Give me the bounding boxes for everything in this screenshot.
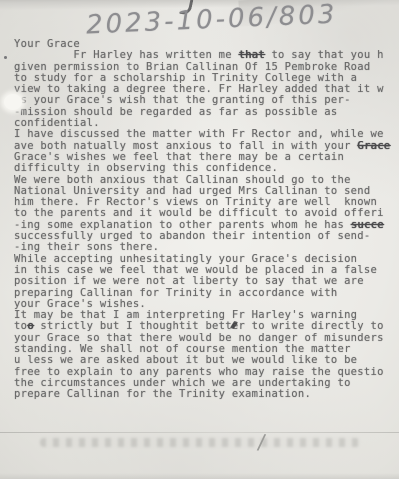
- letter-line: Fr Harley has written me that to say tha…: [14, 50, 399, 61]
- letter-text-segment: strictly but I thoughtit better to write…: [34, 321, 384, 332]
- letter-text-segment: Your Grace: [14, 39, 80, 50]
- letter-line: ave both natually most anxious to fall i…: [14, 141, 399, 152]
- letter-line: I have discussed the matter with Fr Rect…: [14, 129, 399, 140]
- letter-text-segment: National University and had urged Mrs Ca…: [14, 186, 370, 197]
- letter-line: While accepting unhesitatingly your Grac…: [14, 254, 399, 265]
- letter-text-segment: given permission to Brian Callinan Of 15…: [14, 62, 370, 73]
- letter-text-segment: view to taking a degree there. Fr Harley…: [14, 84, 384, 95]
- letter-line: confidential.: [14, 118, 399, 129]
- paper-white-spot: [4, 94, 22, 110]
- letter-text-segment: him there. Fr Rector's views on Trinity …: [14, 197, 377, 208]
- letter-line: Your Grace: [14, 39, 399, 50]
- letter-text-segment: -mission should be regarded as far as po…: [14, 107, 337, 118]
- letter-line: -mission should be regarded as far as po…: [14, 107, 399, 118]
- letter-text-segment: difficulty in observing this confidence.: [14, 163, 278, 174]
- letter-text-segment: the circumstances under which we are und…: [14, 378, 351, 389]
- letter-text-segment: to: [14, 321, 27, 332]
- letter-line: him there. Fr Rector's views on Trinity …: [14, 197, 399, 208]
- letter-text-segment: to say that you h: [265, 50, 384, 61]
- letter-line: to study for a scholarship in Trinity Co…: [14, 73, 399, 84]
- letter-text-segment: -ing their sons there.: [14, 242, 159, 253]
- letter-text-segment: u less we are asked about it but we woul…: [14, 355, 357, 366]
- struck-out-text: Grace: [357, 141, 390, 152]
- letter-text-segment: Grace's wishes we feel that there may be…: [14, 152, 344, 163]
- letter-line: successfully urged to abandon their inte…: [14, 231, 399, 242]
- letter-text-segment: It may be that I am interpreting Fr Harl…: [14, 310, 357, 321]
- letter-text-segment: confidential.: [14, 118, 100, 129]
- letter-line: We were both anxious that Callinan shoul…: [14, 175, 399, 186]
- letter-text-segment: position if we were not at liberty to sa…: [14, 276, 364, 287]
- letter-body: Your Grace Fr Harley has written me that…: [14, 39, 399, 401]
- letter-line: to the parents and it would be difficult…: [14, 208, 399, 219]
- letter-line: prepare Callinan for the Trinity examina…: [14, 389, 399, 400]
- letter-line: It may be that I am interpreting Fr Harl…: [14, 310, 399, 321]
- letter-line: the circumstances under which we are und…: [14, 378, 399, 389]
- letter-line: your Grace so that there would be no dan…: [14, 333, 399, 344]
- letter-text-segment: We were both anxious that Callinan shoul…: [14, 175, 351, 186]
- letter-line: too strictly but I thoughtit better to w…: [14, 321, 399, 332]
- struck-out-text: that: [238, 50, 264, 61]
- letter-line: Grace's wishes we feel that there may be…: [14, 152, 399, 163]
- paper-bottom-edge-shadow: [0, 473, 399, 479]
- letter-line: u less we are asked about it but we woul…: [14, 355, 399, 366]
- fold-crease-line: [0, 432, 399, 433]
- struck-out-text: o: [27, 321, 34, 332]
- letter-line: in this case we feel that we would be pl…: [14, 265, 399, 276]
- letter-line: difficulty in observing this confidence.: [14, 163, 399, 174]
- letter-line: your Grace's wishes.: [14, 299, 399, 310]
- letter-line: -ing some explanation to other parents w…: [14, 220, 399, 231]
- letter-line: view to taking a degree there. Fr Harley…: [14, 84, 399, 95]
- letter-line: National University and had urged Mrs Ca…: [14, 186, 399, 197]
- letter-text-segment: ave both natually most anxious to fall i…: [14, 141, 357, 152]
- letter-line: given permission to Brian Callinan Of 15…: [14, 62, 399, 73]
- letter-text-segment: preparing Callinan for Trinity in accord…: [14, 288, 337, 299]
- letter-text-segment: prepare Callinan for the Trinity examina…: [14, 389, 311, 400]
- letter-text-segment: Fr Harley has written me: [14, 50, 238, 61]
- letter-line: free to explain to any parents who may r…: [14, 367, 399, 378]
- letter-line: as your Grace's wish that the granting o…: [14, 95, 399, 106]
- letter-text-segment: I have discussed the matter with Fr Rect…: [14, 129, 384, 140]
- letter-text-segment: in this case we feel that we would be pl…: [14, 265, 377, 276]
- letter-text-segment: standing. We shall not of course mention…: [14, 344, 351, 355]
- letter-text-segment: free to explain to any parents who may r…: [14, 367, 384, 378]
- letter-text-segment: to study for a scholarship in Trinity Co…: [14, 73, 357, 84]
- letter-text-segment: as your Grace's wish that the granting o…: [14, 95, 351, 106]
- letter-line: standing. We shall not of course mention…: [14, 344, 399, 355]
- scanned-letter-page: 2023-10-06/803 Your Grace Fr Harley has …: [0, 0, 399, 479]
- letter-text-segment: your Grace so that there would be no dan…: [14, 333, 384, 344]
- struck-out-text: succe: [351, 220, 384, 231]
- letter-line: position if we were not at liberty to sa…: [14, 276, 399, 287]
- letter-text-segment: to the parents and it would be difficult…: [14, 208, 384, 219]
- paper-speck: [4, 56, 7, 59]
- letter-text-segment: your Grace's wishes.: [14, 299, 146, 310]
- letter-line: -ing their sons there.: [14, 242, 399, 253]
- letter-text-segment: -ing some explanation to other parents w…: [14, 220, 351, 231]
- letter-text-segment: successfully urged to abandon their inte…: [14, 231, 370, 242]
- letter-text-segment: While accepting unhesitatingly your Grac…: [14, 254, 357, 265]
- letter-line: preparing Callinan for Trinity in accord…: [14, 288, 399, 299]
- fold-crease-smudge: [40, 438, 360, 447]
